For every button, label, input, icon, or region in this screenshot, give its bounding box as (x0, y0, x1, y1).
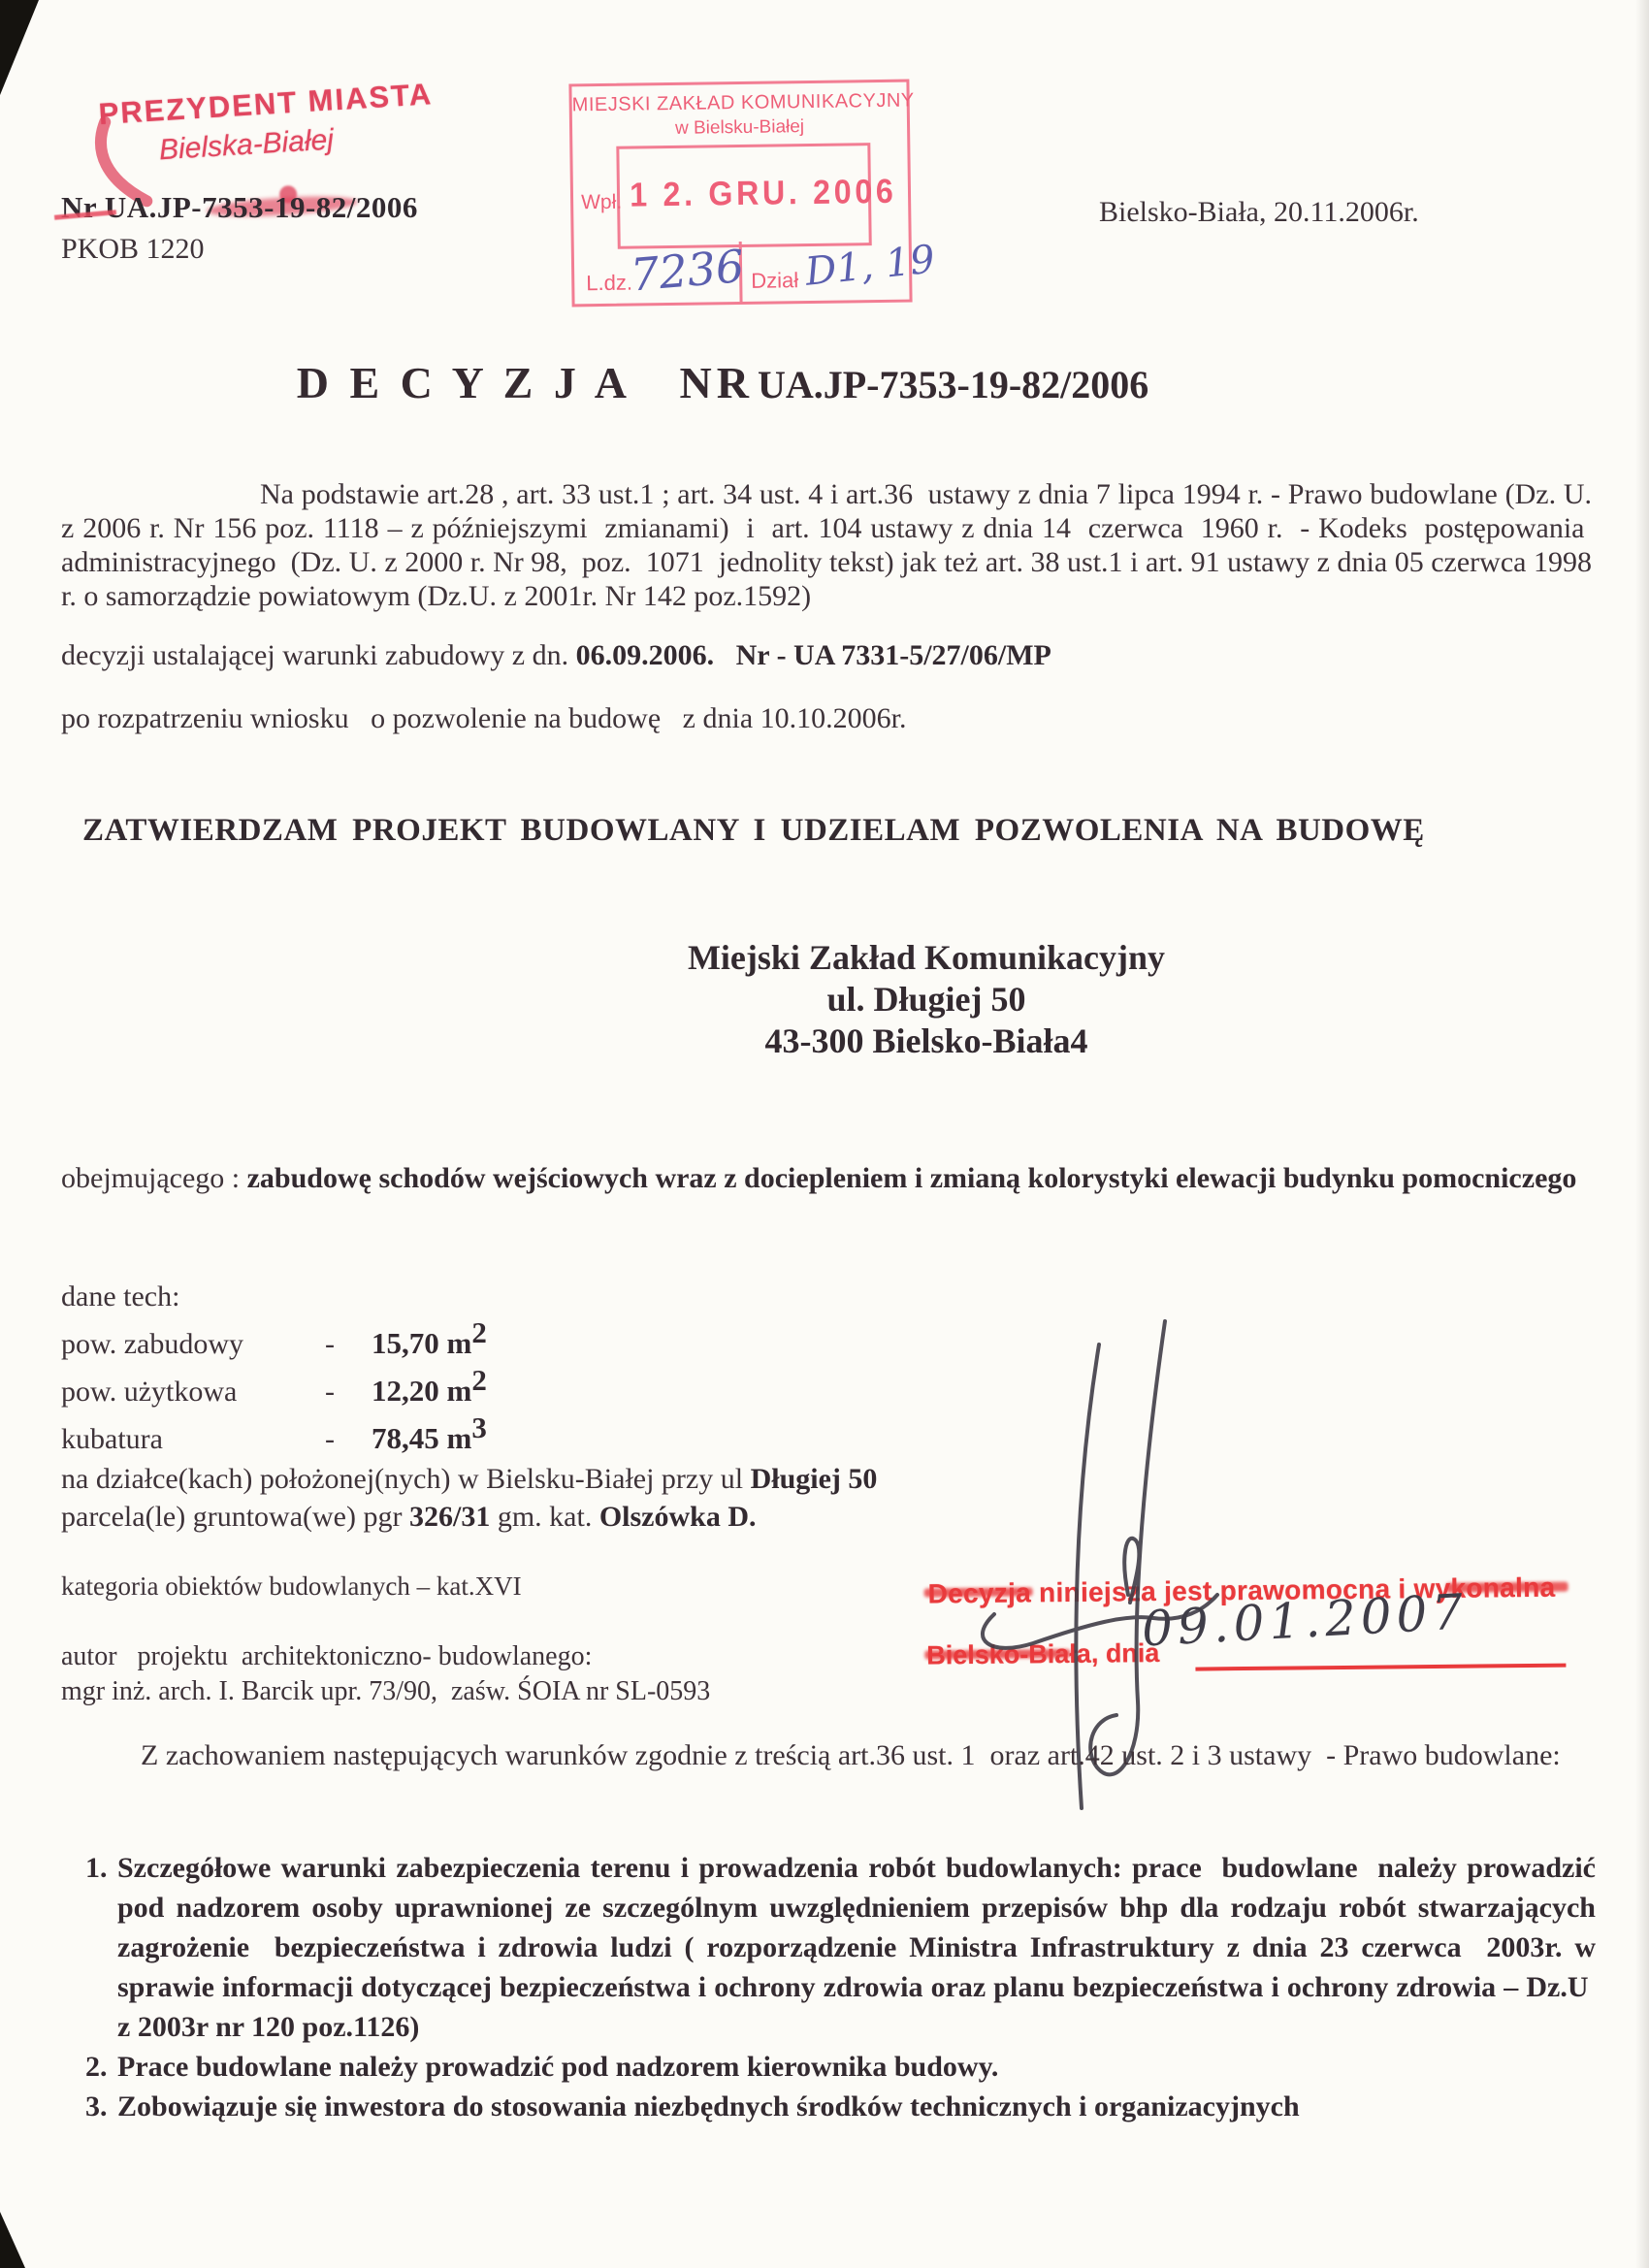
condition-item: 3. Zobowiązuje się inwestora do stosowan… (61, 2087, 1596, 2126)
zoning-decision-ref: 06.09.2006. Nr - UA 7331-5/27/06/MP (576, 639, 1051, 671)
category-line: kategoria obiektów budowlanych – kat.XVI (61, 1571, 522, 1602)
plot-line1-text: na działce(kach) położonej(nych) w Biels… (61, 1463, 751, 1495)
tech-row: pow. użytkowa-12,20 m2 (61, 1362, 487, 1409)
tech-row: kubatura-78,45 m3 (61, 1409, 487, 1457)
plot-parcel-number: 326/31 (409, 1501, 490, 1533)
scan-edge-shade (1635, 0, 1649, 2268)
received-label: Wpł. (581, 191, 622, 215)
plot-line2: parcela(le) gruntowa(we) pgr 326/31 gm. … (61, 1498, 877, 1536)
dept-label: Dział (751, 268, 798, 294)
stamp-smudge (924, 1587, 1033, 1597)
scan-artifact-bottom-left (0, 2212, 25, 2268)
intake-org-line2: w Bielsku-Białej (572, 115, 907, 142)
zoning-decision-prefix: decyzji ustalającej warunki zabudowy z d… (61, 639, 576, 671)
conditions-list: 1. Szczegółowe warunki zabezpieczenia te… (61, 1848, 1596, 2126)
place-and-date: Bielsko-Biała, 20.11.2006r. (1099, 196, 1419, 229)
tech-value: 78,45 m (372, 1421, 471, 1455)
plot-cadastre: Olszówka D. (599, 1501, 757, 1533)
application-line: po rozpatrzeniu wniosku o pozwolenie na … (61, 702, 906, 735)
tech-value-sup: 3 (471, 1410, 487, 1444)
tech-value: 12,20 m (372, 1374, 471, 1408)
condition-number: 3. (61, 2087, 117, 2126)
decision-title-label: D E C Y Z J A NR (297, 358, 754, 407)
decision-title: D E C Y Z J A NR UA.JP-7353-19-82/2006 (0, 357, 1445, 408)
tech-dash: - (325, 1326, 372, 1362)
intake-org-line1: MIEJSKI ZAKŁAD KOMUNIKACYJNY (572, 90, 907, 117)
validity-stamp-underline (1195, 1664, 1566, 1671)
approval-heading: ZATWIERDZAM PROJEKT BUDOWLANY I UDZIELAM… (82, 813, 1573, 849)
tech-value-sup: 2 (471, 1315, 487, 1349)
decision-title-number: UA.JP-7353-19-82/2006 (758, 363, 1148, 406)
received-date-stamp: 1 2. GRU. 2006 (630, 173, 858, 214)
ldz-row: L.dz. 7236 Dział D1, 19 (574, 255, 910, 302)
stamp-smudge (924, 1649, 1070, 1660)
intake-stamp: MIEJSKI ZAKŁAD KOMUNIKACYJNY w Bielsku-B… (568, 80, 912, 308)
author-line2: mgr inż. arch. I. Barcik upr. 73/90, zaś… (61, 1674, 710, 1709)
received-date-box: 1 2. GRU. 2006 (616, 143, 871, 249)
condition-number: 2. (61, 2047, 117, 2087)
tech-label: pow. zabudowy (61, 1326, 325, 1362)
tech-data-heading: dane tech: (61, 1279, 487, 1314)
author-block: autor projektu architektoniczno- budowla… (61, 1639, 710, 1709)
scope-description: zabudowę schodów wejściowych wraz z doci… (247, 1162, 1577, 1194)
scan-artifact-top-left (0, 0, 39, 95)
validity-stamp: Decyzja niniejsza jest prawomocna i wyko… (925, 1571, 1571, 1684)
tech-dash: - (325, 1421, 372, 1457)
ldz-value-handwritten: 7236 (629, 240, 746, 302)
tech-dash: - (325, 1374, 372, 1409)
ldz-label: L.dz. (586, 271, 632, 297)
scope-line: obejmującego : zabudowę schodów wejściow… (61, 1160, 1596, 1197)
condition-item: 1. Szczegółowe warunki zabezpieczenia te… (61, 1848, 1596, 2047)
condition-number: 1. (61, 1848, 117, 2047)
scope-label: obejmującego : (61, 1162, 247, 1194)
zoning-decision-line: decyzji ustalającej warunki zabudowy z d… (61, 639, 1051, 672)
tech-label: kubatura (61, 1421, 325, 1457)
reference-number: Nr UA.JP-7353-19-82/2006 (61, 190, 418, 225)
author-line1: autor projektu architektoniczno- budowla… (61, 1639, 710, 1674)
condition-text: Zobowiązuje się inwestora do stosowania … (117, 2087, 1596, 2126)
plot-line2-text: parcela(le) gruntowa(we) pgr (61, 1501, 409, 1533)
applicant-city: 43-300 Bielsko-Biała4 (272, 1021, 1581, 1062)
condition-item: 2. Prace budowlane należy prowadzić pod … (61, 2047, 1596, 2087)
tech-value: 15,70 m (372, 1326, 471, 1360)
plot-line1: na działce(kach) położonej(nych) w Biels… (61, 1460, 877, 1498)
conditions-intro: Z zachowaniem następujących warunków zgo… (61, 1738, 1596, 1773)
tech-row: pow. zabudowy-15,70 m2 (61, 1314, 487, 1362)
tech-value-sup: 2 (471, 1363, 487, 1397)
tech-data-block: dane tech: pow. zabudowy-15,70 m2 pow. u… (61, 1279, 487, 1457)
scanned-document-page: PREZYDENT MIASTA Bielska-Białej MIEJSKI … (0, 0, 1649, 2268)
plot-street: Długiej 50 (751, 1463, 878, 1495)
applicant-street: ul. Długiej 50 (272, 979, 1581, 1021)
condition-text: Prace budowlane należy prowadzić pod nad… (117, 2047, 1596, 2087)
legal-basis-paragraph: Na podstawie art.28 , art. 33 ust.1 ; ar… (61, 477, 1592, 613)
applicant-name: Miejski Zakład Komunikacyjny (272, 937, 1581, 979)
applicant-block: Miejski Zakład Komunikacyjny ul. Długiej… (272, 937, 1581, 1062)
tech-label: pow. użytkowa (61, 1374, 325, 1409)
pkob-code: PKOB 1220 (61, 233, 205, 266)
plot-line2-text2: gm. kat. (490, 1501, 599, 1533)
condition-text: Szczegółowe warunki zabezpieczenia teren… (117, 1848, 1596, 2047)
plot-block: na działce(kach) położonej(nych) w Biels… (61, 1460, 877, 1536)
